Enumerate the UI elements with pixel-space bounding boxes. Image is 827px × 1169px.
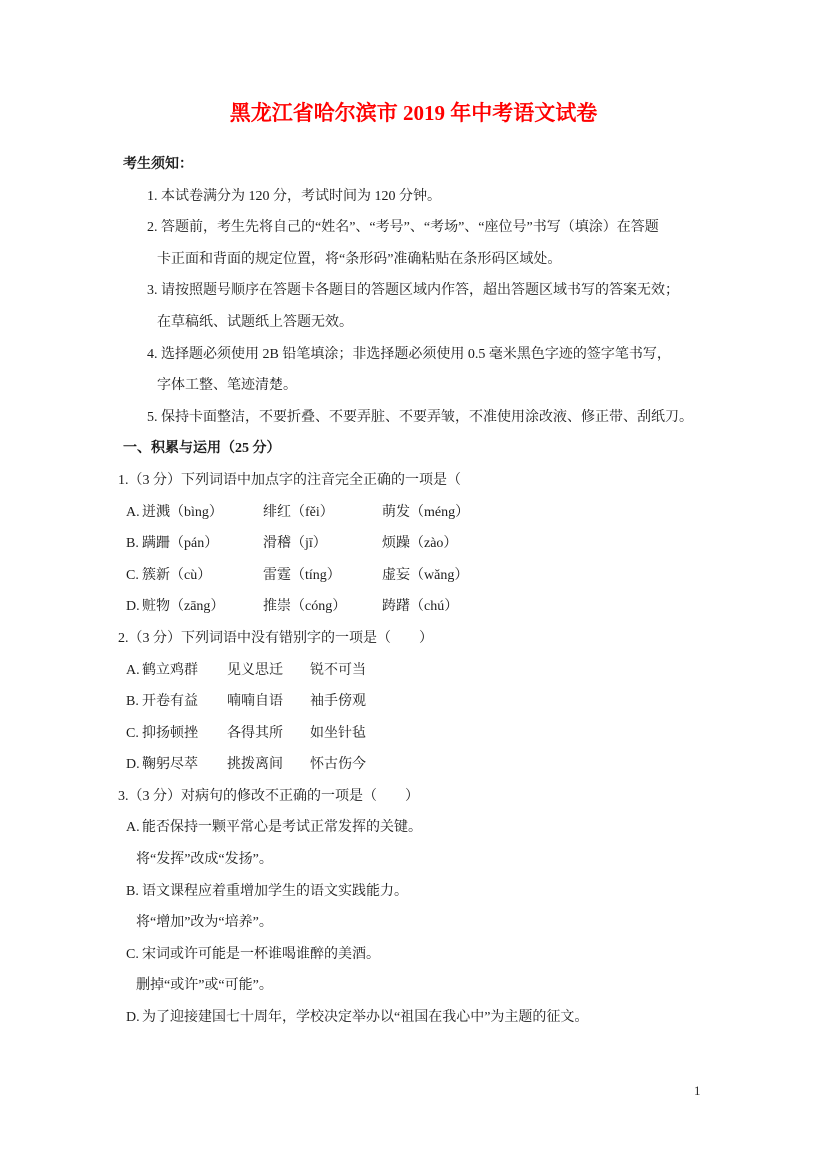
notice-item: 4. 选择题必须使用 2B 铅笔填涂；非选择题必须使用 0.5 毫米黑色字迹的签… [0, 339, 827, 371]
option-label: C. [126, 560, 142, 592]
question-2-option-c: C.抑扬顿挫各得其所如坐针毡 [0, 718, 827, 750]
option-word: 开卷有益 [142, 686, 227, 718]
question-2-option-b: B.开卷有益喃喃自语袖手傍观 [0, 686, 827, 718]
option-word: 各得其所 [227, 718, 310, 750]
question-1-option-c: C.簇新（cù）雷霆（tíng）虚妄（wǎng） [0, 560, 827, 592]
option-label: B. [126, 528, 142, 560]
option-word: 锐不可当 [310, 655, 366, 687]
option-label: A. [126, 497, 142, 529]
option-label: C. [126, 939, 142, 971]
question-2-option-d: D.鞠躬尽萃挑拨离间怀古伤今 [0, 749, 827, 781]
option-word: 如坐针毡 [310, 718, 366, 750]
question-1-option-a: A.迸溅（bìng）绯红（fěi）萌发（méng） [0, 497, 827, 529]
question-3-option-b-correction: 将“增加”改为“培养”。 [0, 907, 827, 939]
option-text: 语文课程应着重增加学生的语文实践能力。 [142, 884, 408, 899]
question-3-stem: 3.（3 分）对病句的修改不正确的一项是（ ） [0, 781, 827, 813]
option-word: 见义思迁 [227, 655, 310, 687]
notice-item-continuation: 卡正面和背面的规定位置，将“条形码”准确粘贴在条形码区域处。 [0, 244, 827, 276]
option-label: B. [126, 686, 142, 718]
option-word: 萌发（méng） [382, 497, 469, 529]
question-3-option-c-correction: 删掉“或许”或“可能”。 [0, 970, 827, 1002]
option-word: 喃喃自语 [227, 686, 310, 718]
notice-item: 1. 本试卷满分为 120 分，考试时间为 120 分钟。 [0, 181, 827, 213]
option-word: 赃物（zāng） [142, 591, 263, 623]
notice-item-continuation: 在草稿纸、试题纸上答题无效。 [0, 307, 827, 339]
question-2-stem: 2.（3 分）下列词语中没有错别字的一项是（ ） [0, 623, 827, 655]
option-word: 迸溅（bìng） [142, 497, 263, 529]
question-1-option-d: D.赃物（zāng）推崇（cóng）踌躇（chú） [0, 591, 827, 623]
notice-heading: 考生须知： [0, 149, 827, 181]
option-word: 袖手傍观 [310, 686, 366, 718]
option-label: D. [126, 1002, 142, 1034]
option-word: 滑稽（jī） [263, 528, 382, 560]
page-number: 1 [694, 1082, 701, 1100]
option-word: 雷霆（tíng） [263, 560, 382, 592]
option-word: 绯红（fěi） [263, 497, 382, 529]
option-text: 能否保持一颗平常心是考试正常发挥的关键。 [142, 820, 422, 835]
option-word: 蹒跚（pán） [142, 528, 263, 560]
section-heading: 一、积累与运用（25 分） [0, 433, 827, 465]
notice-item-continuation: 字体工整、笔迹清楚。 [0, 370, 827, 402]
option-word: 烦躁（zào） [382, 528, 457, 560]
option-word: 推崇（cóng） [263, 591, 382, 623]
option-text: 为了迎接建国七十周年，学校决定举办以“祖国在我心中”为主题的征文。 [142, 1010, 588, 1025]
option-word: 抑扬顿挫 [142, 718, 227, 750]
question-3-option-a: A.能否保持一颗平常心是考试正常发挥的关键。 [0, 812, 827, 844]
notice-item: 3. 请按照题号顺序在答题卡各题目的答题区域内作答，超出答题区域书写的答案无效； [0, 275, 827, 307]
option-word: 踌躇（chú） [382, 591, 458, 623]
option-word: 鞠躬尽萃 [142, 749, 227, 781]
question-1-option-b: B.蹒跚（pán）滑稽（jī）烦躁（zào） [0, 528, 827, 560]
notice-item: 5. 保持卡面整洁，不要折叠、不要弄脏、不要弄皱，不准使用涂改液、修正带、刮纸刀… [0, 402, 827, 434]
notice-item: 2. 答题前，考生先将自己的“姓名”、“考号”、“考场”、“座位号”书写（填涂）… [0, 212, 827, 244]
option-word: 怀古伤今 [310, 749, 366, 781]
option-word: 鹤立鸡群 [142, 655, 227, 687]
option-word: 虚妄（wǎng） [382, 560, 468, 592]
document-page: 黑龙江省哈尔滨市 2019 年中考语文试卷 考生须知： 1. 本试卷满分为 12… [0, 0, 827, 1169]
option-word: 簇新（cù） [142, 560, 263, 592]
question-3-option-b: B.语文课程应着重增加学生的语文实践能力。 [0, 876, 827, 908]
option-label: A. [126, 812, 142, 844]
option-label: B. [126, 876, 142, 908]
option-label: A. [126, 655, 142, 687]
question-3-option-a-correction: 将“发挥”改成“发扬”。 [0, 844, 827, 876]
option-label: C. [126, 718, 142, 750]
question-3-option-d: D.为了迎接建国七十周年，学校决定举办以“祖国在我心中”为主题的征文。 [0, 1002, 827, 1034]
option-text: 宋词或许可能是一杯谁喝谁醉的美酒。 [142, 947, 380, 962]
question-3-option-c: C.宋词或许可能是一杯谁喝谁醉的美酒。 [0, 939, 827, 971]
option-label: D. [126, 749, 142, 781]
question-1-stem: 1.（3 分）下列词语中加点字的注音完全正确的一项是（ [0, 465, 827, 497]
option-label: D. [126, 591, 142, 623]
question-2-option-a: A.鹤立鸡群见义思迁锐不可当 [0, 655, 827, 687]
option-word: 挑拨离间 [227, 749, 310, 781]
page-title: 黑龙江省哈尔滨市 2019 年中考语文试卷 [0, 96, 827, 130]
